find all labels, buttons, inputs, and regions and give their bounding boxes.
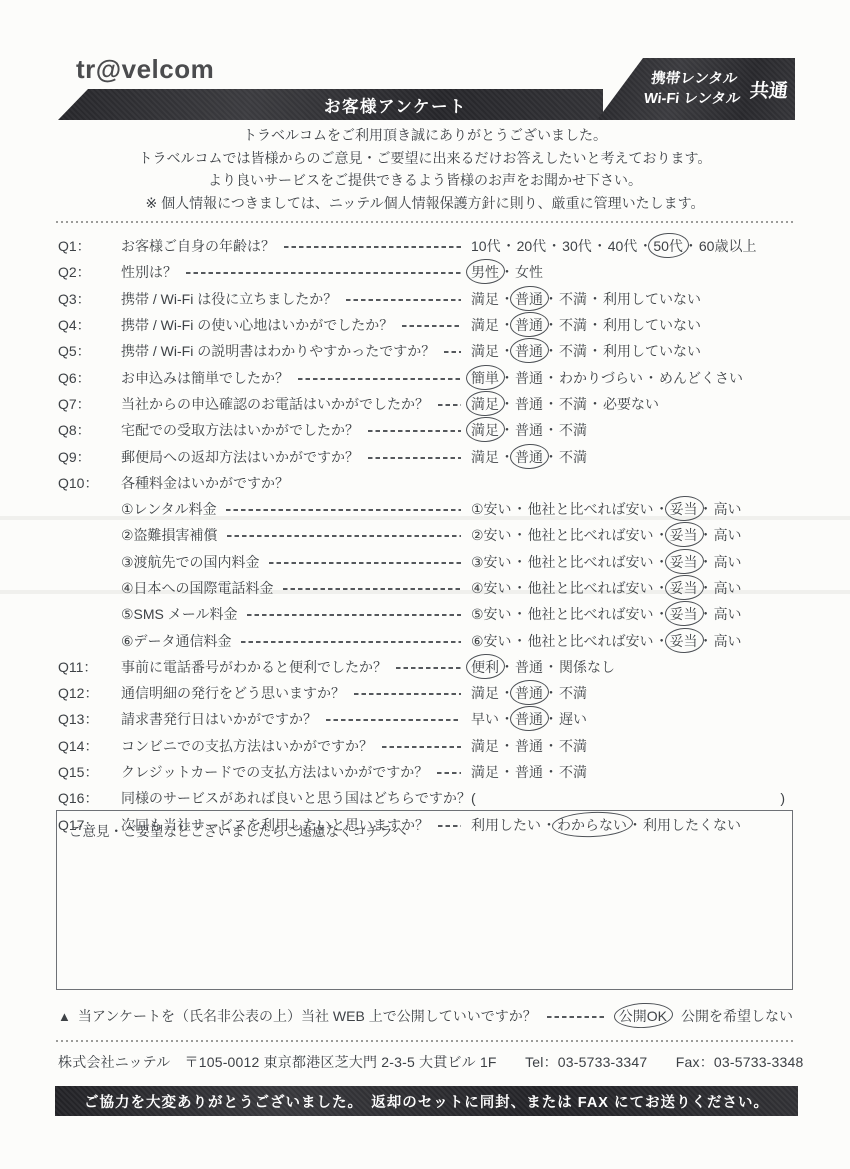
- answer-option: 他社と比べれば安い: [528, 633, 654, 649]
- question-row: Q8：宅配での受取方法はいかがでしたか？満足・普通・不満: [58, 417, 793, 443]
- dotted-leader: [269, 562, 461, 564]
- option-separator: ・: [544, 685, 558, 701]
- option-separator: ・: [699, 554, 713, 570]
- sub-question-row: ②盗難損害補償②安い・他社と比べれば安い・妥当・高い: [58, 522, 793, 548]
- answer-options: ③安い・他社と比べれば安い・妥当・高い: [471, 552, 793, 572]
- option-separator: ・: [655, 554, 669, 570]
- answer-option: 満足: [471, 317, 499, 333]
- answer-options: ⑤安い・他社と比べれば安い・妥当・高い: [471, 604, 793, 624]
- answer-option-circled: 簡単: [471, 368, 499, 388]
- answer-option: 他社と比べれば安い: [528, 580, 654, 596]
- question-row: Q12：通信明細の発行をどう思いますか？満足・普通・不満: [58, 680, 793, 706]
- answer-option: ②安い: [471, 527, 512, 543]
- answer-option-circled: 普通: [515, 289, 543, 309]
- answer-option: 満足: [471, 685, 499, 701]
- question-row: Q13：請求書発行日はいかがですか？早い・普通・遅い: [58, 706, 793, 732]
- option-separator: ・: [500, 711, 514, 727]
- option-separator: ・: [500, 738, 514, 754]
- dotted-leader: [437, 772, 461, 774]
- option-separator: ・: [588, 396, 602, 412]
- option-separator: ・: [500, 659, 514, 675]
- service-tag-box: 携帯レンタル Wi-Fi レンタル 共通: [597, 58, 795, 120]
- option-separator: ・: [699, 633, 713, 649]
- option-separator: ・: [544, 764, 558, 780]
- answer-option: 利用していない: [603, 343, 701, 359]
- answer-option-circled: 普通: [515, 709, 543, 729]
- question-main: コンビニでの支払方法はいかがですか？: [121, 736, 471, 756]
- option-separator: ・: [500, 422, 514, 438]
- question-main: 性別は？: [121, 262, 471, 282]
- option-separator: ・: [500, 449, 514, 465]
- question-text: ②盗難損害補償: [121, 525, 218, 545]
- answer-option: 関係なし: [559, 659, 615, 675]
- answer-option-circled: 妥当: [670, 552, 698, 572]
- question-main: 郵便局への返却方法はいかがですか？: [121, 447, 471, 467]
- answer-option: 満足: [471, 343, 499, 359]
- answer-option-circled: 普通: [515, 683, 543, 703]
- answer-option: わかりづらい: [559, 370, 643, 386]
- question-id: Q5：: [58, 341, 121, 361]
- answer-option: 満足: [471, 738, 499, 754]
- answer-option: 普通: [515, 659, 543, 675]
- answer-option: 高い: [714, 580, 742, 596]
- option-separator: ・: [655, 580, 669, 596]
- answer-options: 満足・普通・不満: [471, 683, 793, 703]
- question-id: Q15：: [58, 762, 121, 782]
- question-id: Q7：: [58, 394, 121, 414]
- option-separator: ・: [699, 501, 713, 517]
- question-main: 請求書発行日はいかがですか？: [121, 709, 471, 729]
- option-separator: ・: [513, 580, 527, 596]
- question-id: Q8：: [58, 420, 121, 440]
- header: tr@velcom お客様アンケート 携帯レンタル Wi-Fi レンタル 共通: [58, 56, 795, 120]
- question-main: 携帯 / Wi-Fi の使い心地はいかがでしたか？: [121, 315, 471, 335]
- dotted-leader: [444, 351, 461, 353]
- answer-options: ①安い・他社と比べれば安い・妥当・高い: [471, 499, 793, 519]
- web-publish-text: 当アンケートを（氏名非公表の上）当社 WEB 上で公開していいですか？: [78, 1006, 537, 1026]
- option-separator: ・: [513, 501, 527, 517]
- question-main: 同様のサービスがあれば良いと思う国はどちらですか？: [121, 788, 471, 808]
- question-id: Q10：: [58, 473, 121, 493]
- question-main: 当社からの申込確認のお電話はいかがでしたか？: [121, 394, 471, 414]
- open-paren: (: [471, 790, 476, 806]
- question-row: Q3：携帯 / Wi-Fi は役に立ちましたか？満足・普通・不満・利用していない: [58, 286, 793, 312]
- intro-line: トラベルコムをご利用頂き誠にありがとうございました。: [0, 124, 850, 147]
- option-separator: ・: [544, 711, 558, 727]
- dotted-leader: [354, 693, 461, 695]
- dotted-leader: [226, 509, 461, 511]
- question-row: Q16：同様のサービスがあれば良いと思う国はどちらですか？(): [58, 785, 793, 811]
- answer-option: 高い: [714, 501, 742, 517]
- question-id: Q6：: [58, 368, 121, 388]
- thanks-bar: ご協力を大変ありがとうございました。 返却のセットに同封、または FAX にてお…: [55, 1086, 798, 1116]
- dotted-leader: [241, 641, 461, 643]
- question-row: Q7：当社からの申込確認のお電話はいかがでしたか？満足・普通・不満・必要ない: [58, 391, 793, 417]
- answer-options: 満足・普通・不満: [471, 447, 793, 467]
- answer-option: ④安い: [471, 580, 512, 596]
- answer-option: めんどくさい: [659, 370, 743, 386]
- answer-option-circled: 満足: [471, 420, 499, 440]
- option-separator: ・: [588, 291, 602, 307]
- option-separator: ・: [655, 527, 669, 543]
- question-row: Q11：事前に電話番号がわかると便利でしたか？便利・普通・関係なし: [58, 654, 793, 680]
- answer-option: ③安い: [471, 554, 512, 570]
- answer-option: 必要ない: [603, 396, 659, 412]
- dotted-leader: [382, 746, 461, 748]
- sub-question-row: ①レンタル料金①安い・他社と比べれば安い・妥当・高い: [58, 496, 793, 522]
- option-separator: ・: [699, 580, 713, 596]
- question-text: 同様のサービスがあれば良いと思う国はどちらですか？: [121, 788, 471, 808]
- answer-option: 満足: [471, 764, 499, 780]
- answer-options: ⑥安い・他社と比べれば安い・妥当・高い: [471, 631, 793, 651]
- question-main: 各種料金はいかがですか？: [121, 473, 471, 493]
- answer-option: 普通: [515, 396, 543, 412]
- answer-option: 普通: [515, 764, 543, 780]
- dotted-leader: [346, 299, 461, 301]
- question-text: 当社からの申込確認のお電話はいかがでしたか？: [121, 394, 429, 414]
- option-separator: ・: [500, 291, 514, 307]
- question-text: クレジットカードでの支払方法はいかがですか？: [121, 762, 428, 782]
- answer-option: ①安い: [471, 501, 512, 517]
- web-publish-question: ▲ 当アンケートを（氏名非公表の上）当社 WEB 上で公開していいですか？ 公開…: [58, 1006, 793, 1026]
- answer-option: 普通: [515, 738, 543, 754]
- answer-option: 女性: [515, 264, 543, 280]
- option-separator: ・: [500, 685, 514, 701]
- close-paren: ): [780, 790, 785, 806]
- option-separator: ・: [644, 370, 658, 386]
- option-separator: ・: [699, 527, 713, 543]
- answer-options: 満足・普通・不満・必要ない: [471, 394, 793, 414]
- question-text: ⑤SMS メール料金: [121, 604, 238, 624]
- answer-options: 男性・女性: [471, 262, 793, 282]
- answer-option: 他社と比べれば安い: [528, 606, 654, 622]
- answer-option-circled: 50代: [653, 236, 683, 256]
- option-separator: ・: [513, 633, 527, 649]
- option-separator: ・: [544, 370, 558, 386]
- answer-options: 便利・普通・関係なし: [471, 657, 793, 677]
- answer-option: 不満: [559, 317, 587, 333]
- option-separator: ・: [655, 606, 669, 622]
- question-text: 事前に電話番号がわかると便利でしたか？: [121, 657, 387, 677]
- option-separator: ・: [500, 764, 514, 780]
- dotted-leader: [402, 325, 461, 327]
- comment-box: ご意見・ご要望などございましたらご遠慮なくコチラへ: [56, 810, 793, 990]
- question-row: Q5：携帯 / Wi-Fi の説明書はわかりやすかったですか？満足・普通・不満・…: [58, 338, 793, 364]
- option-separator: ・: [655, 501, 669, 517]
- answer-options: 満足・普通・不満・利用していない: [471, 341, 793, 361]
- answer-option: 満足: [471, 291, 499, 307]
- answer-option: 不満: [559, 291, 587, 307]
- answer-option: 公開を希望しない: [681, 1008, 793, 1024]
- question-id: Q1：: [58, 236, 121, 256]
- answer-option: 20代: [517, 238, 547, 254]
- tag-wifi-rental: Wi-Fi レンタル: [642, 89, 740, 109]
- option-separator: ・: [544, 659, 558, 675]
- question-id: Q4：: [58, 315, 121, 335]
- dashed-separator: [56, 221, 796, 223]
- question-text: ①レンタル料金: [121, 499, 217, 519]
- answer-option: 利用していない: [603, 291, 701, 307]
- option-separator: ・: [502, 238, 516, 254]
- intro-line: トラベルコムでは皆様からのご意見・ご要望に出来るだけお答えしたいと考えております…: [0, 147, 850, 170]
- answer-option-circled: 普通: [515, 315, 543, 335]
- comment-box-label: ご意見・ご要望などございましたらご遠慮なくコチラへ: [69, 820, 780, 840]
- dotted-leader: [438, 404, 461, 406]
- question-row: Q10：各種料金はいかがですか？: [58, 470, 793, 496]
- dotted-leader: [247, 614, 462, 616]
- answer-option: 満足: [471, 449, 499, 465]
- dotted-leader: [368, 457, 461, 459]
- question-list: Q1：お客様ご自身の年齢は？10代・20代・30代・40代・50代・60歳以上Q…: [58, 233, 793, 838]
- question-main: 事前に電話番号がわかると便利でしたか？: [121, 657, 471, 677]
- answer-option: 不満: [559, 764, 587, 780]
- answer-options: (): [471, 790, 793, 806]
- intro-text: トラベルコムをご利用頂き誠にありがとうございました。 トラベルコムでは皆様からの…: [0, 124, 850, 214]
- sub-question-row: ⑤SMS メール料金⑤安い・他社と比べれば安い・妥当・高い: [58, 601, 793, 627]
- answer-option: 不満: [559, 396, 587, 412]
- dotted-leader: [396, 667, 461, 669]
- question-id: Q14：: [58, 736, 121, 756]
- answer-option: ⑥安い: [471, 633, 512, 649]
- question-row: Q2：性別は？男性・女性: [58, 259, 793, 285]
- question-id: Q3：: [58, 289, 121, 309]
- question-id: Q11：: [58, 657, 121, 677]
- tag-mobile-rental: 携帯レンタル: [645, 69, 743, 89]
- question-main: 携帯 / Wi-Fi の説明書はわかりやすかったですか？: [121, 341, 471, 361]
- answer-option: 不満: [559, 449, 587, 465]
- question-text: ③渡航先での国内料金: [121, 552, 260, 572]
- intro-line: ※ 個人情報につきましては、ニッテル個人情報保護方針に則り、厳重に管理いたします…: [0, 192, 850, 215]
- dotted-leader: [547, 1016, 607, 1018]
- answer-option: 普通: [515, 370, 543, 386]
- option-separator: ・: [544, 396, 558, 412]
- option-separator: ・: [699, 606, 713, 622]
- question-main: クレジットカードでの支払方法はいかがですか？: [121, 762, 471, 782]
- answer-options: ④安い・他社と比べれば安い・妥当・高い: [471, 578, 793, 598]
- answer-option: ⑤安い: [471, 606, 512, 622]
- question-text: コンビニでの支払方法はいかがですか？: [121, 736, 373, 756]
- question-row: Q9：郵便局への返却方法はいかがですか？満足・普通・不満: [58, 443, 793, 469]
- thanks-text: ご協力を大変ありがとうございました。 返却のセットに同封、または FAX にてお…: [84, 1091, 769, 1112]
- answer-option: 60歳以上: [699, 238, 757, 254]
- question-id: Q13：: [58, 709, 121, 729]
- answer-option-circled: 妥当: [670, 525, 698, 545]
- option-separator: ・: [544, 422, 558, 438]
- answer-option: 高い: [714, 554, 742, 570]
- question-main: ④日本への国際電話料金: [121, 578, 471, 598]
- scanned-survey-document: tr@velcom お客様アンケート 携帯レンタル Wi-Fi レンタル 共通 …: [0, 0, 850, 1169]
- option-separator: ・: [547, 238, 561, 254]
- sub-question-row: ⑥データ通信料金⑥安い・他社と比べれば安い・妥当・高い: [58, 627, 793, 653]
- answer-option-circled: 妥当: [670, 578, 698, 598]
- option-separator: ・: [500, 264, 514, 280]
- option-separator: ・: [513, 606, 527, 622]
- question-text: お申込みは簡単でしたか？: [121, 368, 289, 388]
- answer-option: 高い: [714, 527, 742, 543]
- web-publish-answer: 公開OK公開を希望しない: [619, 1006, 793, 1026]
- question-text: 請求書発行日はいかがですか？: [121, 709, 317, 729]
- answer-option: 他社と比べれば安い: [528, 527, 654, 543]
- question-main: 通信明細の発行をどう思いますか？: [121, 683, 471, 703]
- question-row: Q15：クレジットカードでの支払方法はいかがですか？満足・普通・不満: [58, 759, 793, 785]
- answer-options: 早い・普通・遅い: [471, 709, 793, 729]
- question-row: Q6：お申込みは簡単でしたか？簡単・普通・わかりづらい・めんどくさい: [58, 364, 793, 390]
- answer-option: 不満: [559, 685, 587, 701]
- answer-options: 満足・普通・不満: [471, 420, 793, 440]
- answer-option: 不満: [559, 422, 587, 438]
- sub-question-row: ④日本への国際電話料金④安い・他社と比べれば安い・妥当・高い: [58, 575, 793, 601]
- answer-option: 早い: [471, 711, 499, 727]
- question-text: お客様ご自身の年齢は？: [121, 236, 275, 256]
- survey-title: お客様アンケート: [194, 93, 467, 117]
- question-row: Q4：携帯 / Wi-Fi の使い心地はいかがでしたか？満足・普通・不満・利用し…: [58, 312, 793, 338]
- question-text: 携帯 / Wi-Fi の使い心地はいかがでしたか？: [121, 315, 393, 335]
- option-separator: ・: [544, 738, 558, 754]
- option-separator: ・: [544, 343, 558, 359]
- question-text: 携帯 / Wi-Fi は役に立ちましたか？: [121, 289, 337, 309]
- answer-option: 高い: [714, 606, 742, 622]
- dashed-separator: [56, 1040, 796, 1042]
- option-separator: ・: [655, 633, 669, 649]
- answer-option: 10代: [471, 238, 501, 254]
- travelcom-logo: tr@velcom: [76, 54, 214, 85]
- option-separator: ・: [544, 291, 558, 307]
- question-text: 郵便局への返却方法はいかがですか？: [121, 447, 359, 467]
- question-id: Q9：: [58, 447, 121, 467]
- answer-option: 高い: [714, 633, 742, 649]
- question-id: Q16：: [58, 788, 121, 808]
- question-main: 携帯 / Wi-Fi は役に立ちましたか？: [121, 289, 471, 309]
- dotted-leader: [186, 272, 461, 274]
- question-text: 通信明細の発行をどう思いますか？: [121, 683, 345, 703]
- option-separator: ・: [500, 396, 514, 412]
- question-row: Q14：コンビニでの支払方法はいかがですか？満足・普通・不満: [58, 733, 793, 759]
- answer-option-circled: 普通: [515, 341, 543, 361]
- intro-line: より良いサービスをご提供できるよう皆様のお声をお聞かせ下さい。: [0, 169, 850, 192]
- tag-common: 共通: [749, 76, 790, 103]
- question-main: ②盗難損害補償: [121, 525, 471, 545]
- answer-option-circled: 妥当: [670, 499, 698, 519]
- service-tag-lines: 携帯レンタル Wi-Fi レンタル: [642, 69, 743, 109]
- answer-option-circled: 妥当: [670, 604, 698, 624]
- answer-options: 10代・20代・30代・40代・50代・60歳以上: [471, 236, 793, 256]
- option-separator: ・: [588, 343, 602, 359]
- question-text: 性別は？: [121, 262, 177, 282]
- question-text: 携帯 / Wi-Fi の説明書はわかりやすかったですか？: [121, 341, 435, 361]
- question-text: ④日本への国際電話料金: [121, 578, 274, 598]
- option-separator: ・: [500, 317, 514, 333]
- answer-option: 不満: [559, 738, 587, 754]
- sub-question-row: ③渡航先での国内料金③安い・他社と比べれば安い・妥当・高い: [58, 549, 793, 575]
- option-separator: ・: [638, 238, 652, 254]
- answer-option-circled: 妥当: [670, 631, 698, 651]
- answer-options: 満足・普通・不満・利用していない: [471, 315, 793, 335]
- answer-option: 不満: [559, 343, 587, 359]
- answer-option: 利用していない: [603, 317, 701, 333]
- question-main: ⑥データ通信料金: [121, 631, 471, 651]
- option-separator: ・: [513, 527, 527, 543]
- option-separator: ・: [544, 449, 558, 465]
- option-separator: ・: [544, 317, 558, 333]
- dotted-leader: [284, 246, 461, 248]
- answer-option: 他社と比べれば安い: [528, 554, 654, 570]
- triangle-marker: ▲: [58, 1009, 71, 1024]
- question-text: 宅配での受取方法はいかがでしたか？: [121, 420, 359, 440]
- company-info: 株式会社ニッテル 〒105-0012 東京都港区芝大門 2-3-5 大貫ビル 1…: [58, 1052, 800, 1072]
- question-id: Q2：: [58, 262, 121, 282]
- option-separator: ・: [593, 238, 607, 254]
- question-main: ③渡航先での国内料金: [121, 552, 471, 572]
- option-separator: ・: [513, 554, 527, 570]
- answer-option-circled: 満足: [471, 394, 499, 414]
- question-main: ①レンタル料金: [121, 499, 471, 519]
- option-separator: ・: [500, 343, 514, 359]
- answer-option: 30代: [562, 238, 592, 254]
- question-text: ⑥データ通信料金: [121, 631, 232, 651]
- question-main: ⑤SMS メール料金: [121, 604, 471, 624]
- dotted-leader: [368, 430, 461, 432]
- question-row: Q1：お客様ご自身の年齢は？10代・20代・30代・40代・50代・60歳以上: [58, 233, 793, 259]
- answer-options: ②安い・他社と比べれば安い・妥当・高い: [471, 525, 793, 545]
- title-banner: お客様アンケート: [58, 89, 603, 120]
- question-text: 各種料金はいかがですか？: [121, 473, 289, 493]
- answer-options: 満足・普通・不満・利用していない: [471, 289, 793, 309]
- question-id: Q12：: [58, 683, 121, 703]
- dotted-leader: [227, 535, 461, 537]
- answer-option: 40代: [608, 238, 638, 254]
- answer-option-circled: 普通: [515, 447, 543, 467]
- dotted-leader: [283, 588, 461, 590]
- question-main: お申込みは簡単でしたか？: [121, 368, 471, 388]
- option-separator: ・: [684, 238, 698, 254]
- answer-option-circled: 公開OK: [619, 1006, 667, 1026]
- option-separator: ・: [500, 370, 514, 386]
- question-main: 宅配での受取方法はいかがでしたか？: [121, 420, 471, 440]
- answer-option-circled: 便利: [471, 657, 499, 677]
- answer-option: 遅い: [559, 711, 587, 727]
- answer-option-circled: 男性: [471, 262, 499, 282]
- option-separator: ・: [588, 317, 602, 333]
- dotted-leader: [298, 378, 461, 380]
- answer-option: 他社と比べれば安い: [528, 501, 654, 517]
- question-main: お客様ご自身の年齢は？: [121, 236, 471, 256]
- answer-options: 満足・普通・不満: [471, 762, 793, 782]
- answer-option: 普通: [515, 422, 543, 438]
- answer-options: 満足・普通・不満: [471, 736, 793, 756]
- answer-options: 簡単・普通・わかりづらい・めんどくさい: [471, 368, 793, 388]
- dotted-leader: [326, 719, 461, 721]
